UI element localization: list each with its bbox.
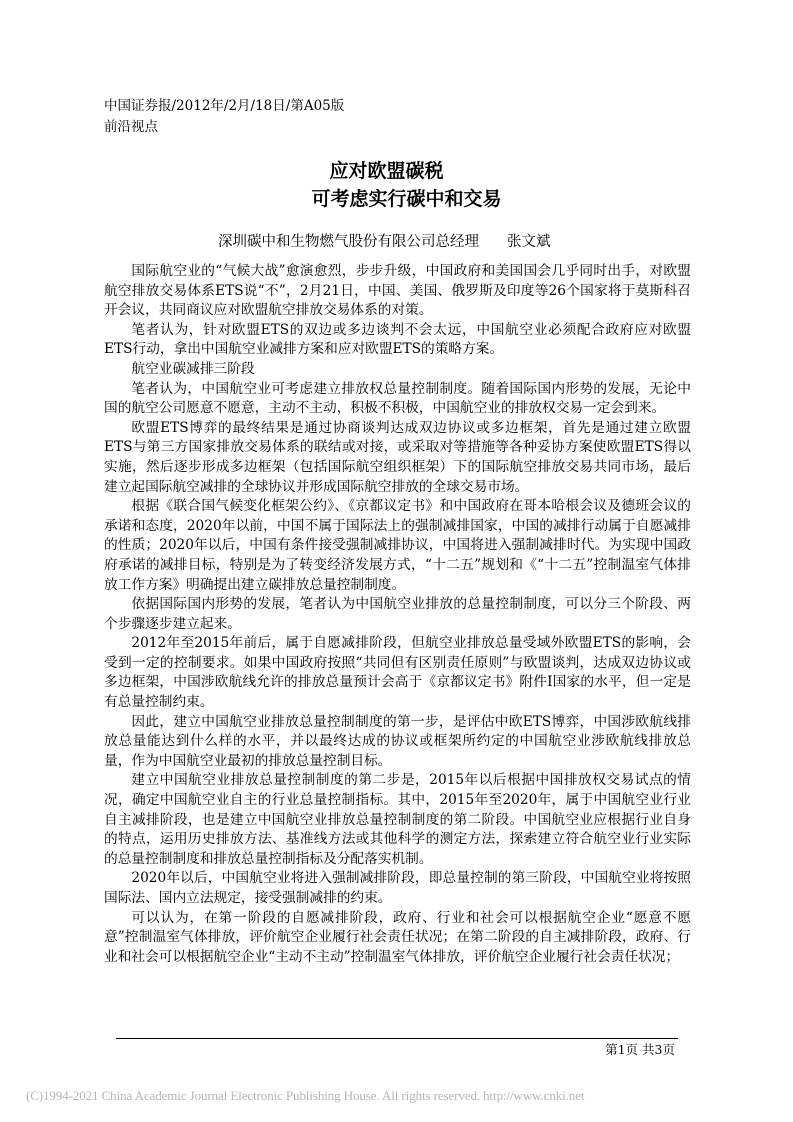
paragraph: 2020年以后，中国航空业将进入强制减排阶段，即总量控制的第三阶段，中国航空业将… xyxy=(104,869,691,908)
author-affiliation: 深圳碳中和生物燃气股份有限公司总经理 xyxy=(218,234,479,250)
paragraph: 笔者认为，针对欧盟ETS的双边或多边谈判不会太远，中国航空业必须配合政府应对欧盟… xyxy=(104,321,691,360)
paragraph: 依据国际国内形势的发展，笔者认为中国航空业排放的总量控制制度，可以分三个阶段、两… xyxy=(104,595,691,634)
footer-divider xyxy=(116,1038,678,1039)
page-indicator: 第1页 共3页 xyxy=(605,1041,675,1059)
paragraph: 国际航空业的“气候大战”愈演愈烈，步步升级，中国政府和美国国会几乎同时出手，对欧… xyxy=(104,262,691,321)
copyright-notice: (C)1994-2021 China Academic Journal Elec… xyxy=(26,1088,584,1104)
paragraph: 建立中国航空业排放总量控制制度的第二步是，2015年以后根据中国排放权交易试点的… xyxy=(104,771,691,869)
paragraph: 因此，建立中国航空业排放总量控制制度的第一步，是评估中欧ETS博弈，中国涉欧航线… xyxy=(104,713,691,772)
publication-source: 中国证券报/2012年/2月/18日/第A05版 xyxy=(104,96,344,116)
author-name: 张文斌 xyxy=(507,234,551,250)
section-subheading: 航空业碳减排三阶段 xyxy=(104,360,691,380)
paragraph: 笔者认为，中国航空业可考虑建立排放权总量控制制度。随着国际国内形势的发展，无论中… xyxy=(104,380,691,419)
paragraph: 欧盟ETS博弈的最终结果是通过协商谈判达成双边协议或多边框架，首先是通过建立欧盟… xyxy=(104,419,691,497)
article-title-line2: 可考虑实行碳中和交易 xyxy=(10,185,793,213)
author-byline: 深圳碳中和生物燃气股份有限公司总经理张文斌 xyxy=(218,232,551,252)
article-body: 国际航空业的“气候大战”愈演愈烈，步步升级，中国政府和美国国会几乎同时出手，对欧… xyxy=(104,262,691,967)
column-name: 前沿视点 xyxy=(104,117,158,137)
paragraph: 根据《联合国气候变化框架公约》、《京都议定书》和中国政府在哥本哈根会议及德班会议… xyxy=(104,497,691,595)
paragraph: 可以认为，在第一阶段的自愿减排阶段，政府、行业和社会可以根据航空企业“愿意不愿意… xyxy=(104,909,691,968)
article-title-line1: 应对欧盟碳税 xyxy=(0,157,783,185)
paragraph: 2012年至2015年前后，属于自愿减排阶段，但航空业排放总量受域外欧盟ETS的… xyxy=(104,634,691,712)
